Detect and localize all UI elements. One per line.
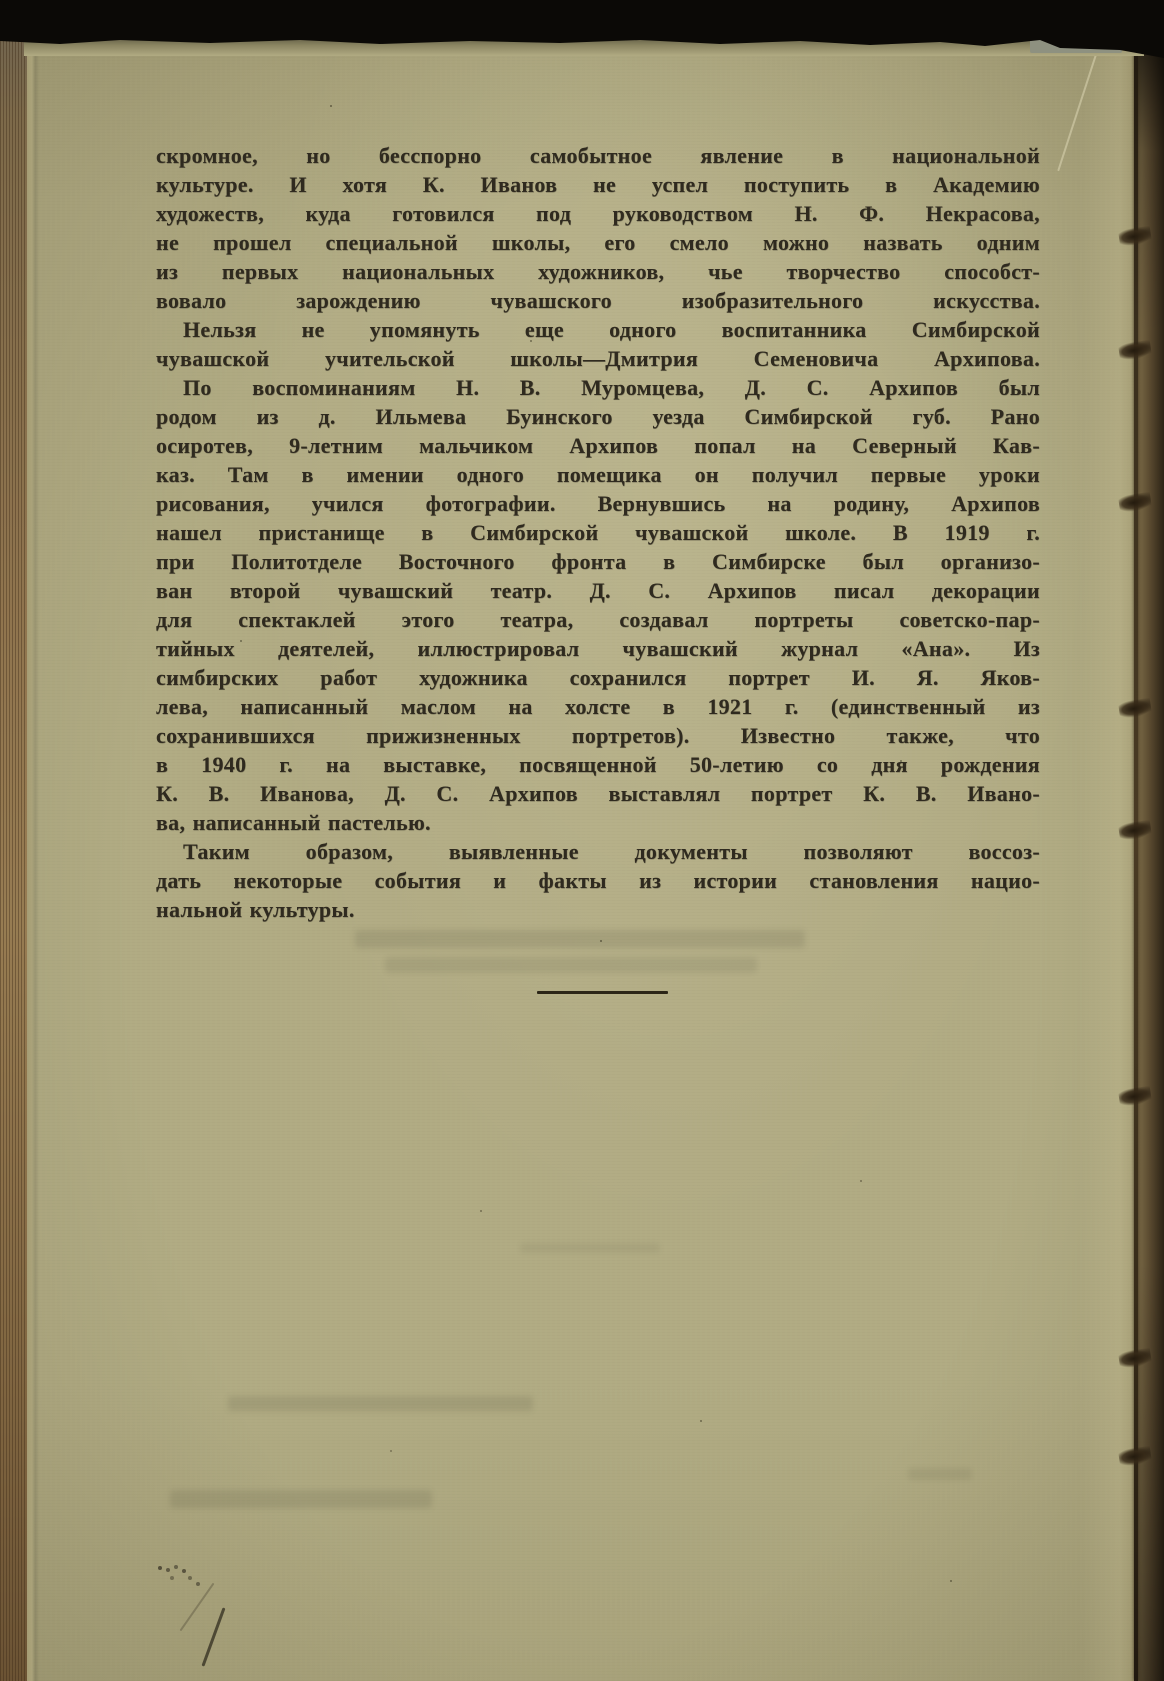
page-left-edge-shadow: [27, 0, 39, 1681]
pencil-mark: [201, 1607, 225, 1666]
paper-crease-scratch: [1057, 55, 1097, 172]
pencil-mark: [180, 1583, 215, 1632]
text-line: рисования, учился фотографии. Вернувшись…: [156, 489, 1040, 518]
pencil-mark: [158, 1566, 162, 1570]
book-gutter: [1138, 0, 1164, 1681]
body-text: скромное, но бесспорно самобытное явлени…: [156, 141, 1040, 924]
text-line: вовало зарождению чувашского изобразител…: [156, 286, 1040, 315]
text-line: родом из д. Ильмева Буинского уезда Симб…: [156, 402, 1040, 431]
text-line: не прошел специальной школы, его смело м…: [156, 228, 1040, 257]
text-line: культуре. И хотя К. Иванов не успел пост…: [156, 170, 1040, 199]
text-line: К. В. Иванова, Д. С. Архипов выставлял п…: [156, 779, 1040, 808]
text-line: художеств, куда готовился под руководств…: [156, 199, 1040, 228]
show-through-mark: [355, 930, 805, 948]
text-line: ван второй чувашский театр. Д. С. Архипо…: [156, 576, 1040, 605]
text-line: симбирских работ художника сохранился по…: [156, 663, 1040, 692]
text-line: Таким образом, выявленные документы позв…: [156, 837, 1040, 866]
text-line: нальной культуры.: [156, 895, 1040, 924]
text-line: тийных деятелей, иллюстрировал чувашский…: [156, 634, 1040, 663]
show-through-mark: [908, 1468, 972, 1480]
text-line: чувашской учительской школы—Дмитрия Семе…: [156, 344, 1040, 373]
book-fore-edge: [0, 0, 27, 1681]
text-line: каз. Там в имении одного помещика он пол…: [156, 460, 1040, 489]
gutter-crease-line: [1134, 0, 1138, 1681]
show-through-mark: [170, 1490, 432, 1508]
show-through-mark: [385, 957, 757, 973]
text-line: лева, написанный маслом на холсте в 1921…: [156, 692, 1040, 721]
show-through-mark: [520, 1243, 660, 1253]
section-divider: [537, 991, 668, 994]
dust-specks: [330, 105, 332, 107]
gutter-highlight: [1082, 0, 1136, 1681]
text-line: скромное, но бесспорно самобытное явлени…: [156, 141, 1040, 170]
scan-black-background: [0, 0, 1164, 58]
text-line: осиротев, 9-летним мальчиком Архипов поп…: [156, 431, 1040, 460]
text-line: ва, написанный пастелью.: [156, 808, 1040, 837]
text-line: сохранившихся прижизненных портретов). И…: [156, 721, 1040, 750]
text-line: при Политотделе Восточного фронта в Симб…: [156, 547, 1040, 576]
text-line: в 1940 г. на выставке, посвященной 50-ле…: [156, 750, 1040, 779]
show-through-mark: [228, 1396, 533, 1411]
text-line: нашел пристанище в Симбирской чувашской …: [156, 518, 1040, 547]
scanned-book-page: скромное, но бесспорно самобытное явлени…: [0, 0, 1164, 1681]
text-line: дать некоторые события и факты из истори…: [156, 866, 1040, 895]
text-line: для спектаклей этого театра, создавал по…: [156, 605, 1040, 634]
text-line: Нельзя не упомянуть еще одного воспитанн…: [156, 315, 1040, 344]
text-line: из первых национальных художников, чье т…: [156, 257, 1040, 286]
text-line: По воспоминаниям Н. В. Муромцева, Д. С. …: [156, 373, 1040, 402]
